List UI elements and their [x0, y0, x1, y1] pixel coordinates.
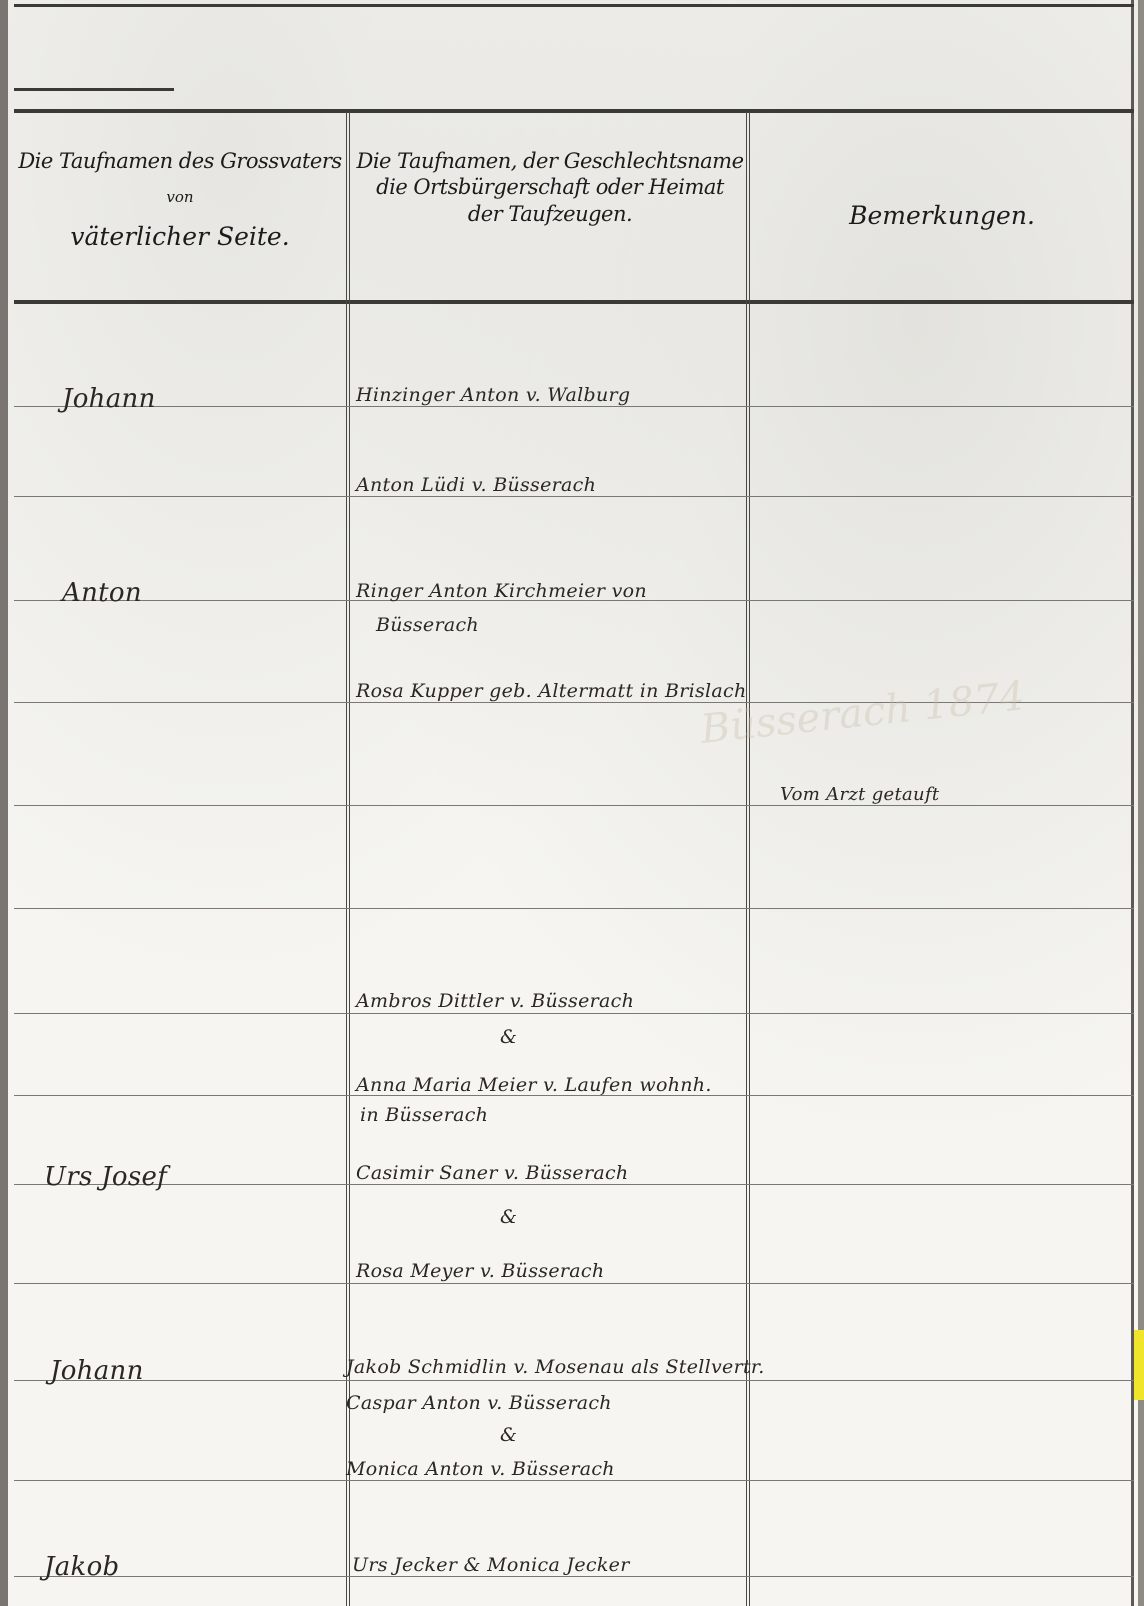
ruled-line — [14, 1184, 1134, 1185]
witness-line: Caspar Anton v. Büsserach — [346, 1392, 612, 1414]
witness-line: Monica Anton v. Büsserach — [346, 1458, 615, 1480]
grandfather-name: Johann — [62, 384, 156, 414]
witness-ampersand: & — [500, 1026, 517, 1048]
witness-line: Büsserach — [376, 614, 479, 636]
header-bottom-rule — [14, 300, 1134, 304]
column-divider-2 — [746, 112, 750, 1606]
ruled-line — [14, 1380, 1134, 1381]
witness-line: Urs Jecker & Monica Jecker — [352, 1554, 630, 1576]
header-grandfather-line2: von — [12, 188, 348, 207]
witness-line: Jakob Schmidlin v. Mosenau als Stellvert… — [346, 1356, 765, 1378]
witness-line: Ambros Dittler v. Büsserach — [356, 990, 634, 1012]
ruled-line — [14, 1576, 1134, 1577]
header-witnesses: Die Taufnamen, der Geschlechtsname die O… — [350, 148, 750, 227]
yellow-marker-tab — [1134, 1330, 1144, 1400]
grandfather-name: Anton — [62, 578, 142, 608]
header-witnesses-line3: der Taufzeugen. — [350, 201, 750, 227]
grandfather-name: Urs Josef — [44, 1162, 167, 1192]
page-left-edge — [0, 0, 8, 1606]
witness-line: Rosa Kupper geb. Altermatt in Brislach — [356, 680, 747, 702]
ruled-line — [14, 1283, 1134, 1284]
remark-text: Vom Arzt getauft — [780, 784, 939, 805]
ruled-line — [14, 406, 1134, 407]
header-remarks: Bemerkungen. — [752, 200, 1132, 231]
ruled-line — [14, 805, 1134, 806]
top-border-rule — [14, 4, 1134, 7]
ruled-line — [14, 908, 1134, 909]
witness-line: Hinzinger Anton v. Walburg — [356, 384, 630, 406]
register-page: Die Taufnamen des Grossvaters von väterl… — [0, 0, 1144, 1606]
ruled-line — [14, 1013, 1134, 1014]
header-grandfather-line1: Die Taufnamen des Grossvaters — [12, 148, 348, 174]
column-divider-1 — [346, 112, 350, 1606]
header-witnesses-line2: die Ortsbürgerschaft oder Heimat — [350, 174, 750, 200]
header-top-rule — [14, 109, 1134, 113]
witness-line: Ringer Anton Kirchmeier von — [356, 580, 647, 602]
witness-line: in Büsserach — [360, 1104, 488, 1126]
witness-ampersand: & — [500, 1206, 517, 1228]
header-grandfather: Die Taufnamen des Grossvaters von väterl… — [12, 148, 348, 252]
grandfather-name: Jakob — [44, 1552, 119, 1582]
witness-line: Rosa Meyer v. Büsserach — [356, 1260, 604, 1282]
header-witnesses-line1: Die Taufnamen, der Geschlechtsname — [350, 148, 750, 174]
ruled-line — [14, 1480, 1134, 1481]
header-remarks-label: Bemerkungen. — [752, 200, 1132, 231]
ruled-line — [14, 496, 1134, 497]
grandfather-name: Johann — [50, 1356, 144, 1386]
short-top-rule — [14, 88, 174, 91]
witness-line: Anton Lüdi v. Büsserach — [356, 474, 596, 496]
witness-line: Casimir Saner v. Büsserach — [356, 1162, 628, 1184]
header-grandfather-line3: väterlicher Seite. — [12, 221, 348, 252]
witness-ampersand: & — [500, 1424, 517, 1446]
witness-line: Anna Maria Meier v. Laufen wohnh. — [356, 1074, 712, 1096]
